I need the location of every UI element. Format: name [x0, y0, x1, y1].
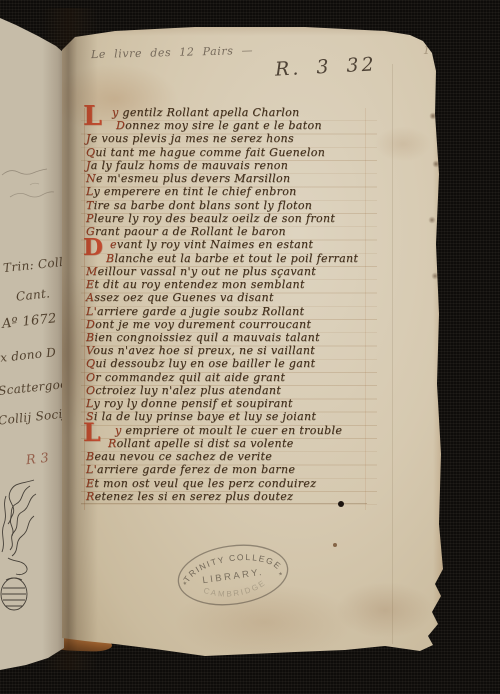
- manuscript-page: Le livre des 12 Pairs — R. 3 32 1 L D L …: [55, 24, 447, 676]
- poem-line: Ja ly faulz homs de mauvais renon: [86, 159, 406, 172]
- poem-line: Or commandez quil ait aide grant: [86, 371, 406, 384]
- rubricated-initial: L: [83, 420, 101, 445]
- poem-line: Octroiez luy n'alez plus atendant: [86, 384, 406, 397]
- poem-line: Et mon ost veul que les perz conduirez: [86, 477, 406, 490]
- poem-line: Donnez moy sire le gant e le baton: [116, 119, 406, 132]
- shelfmark-annotation: R. 3 32: [274, 53, 377, 80]
- poem-line: Bien congnoissiez quil a mauvais talant: [86, 331, 406, 344]
- bookplate-engraving: [0, 476, 38, 618]
- poem-line: evant ly roy vint Naimes en estant: [110, 238, 406, 251]
- poem-line: y empriere ot moult le cuer en trouble: [115, 424, 406, 437]
- ownership-inscription: Collij Socij: [0, 406, 67, 427]
- poem-line: Et dit au roy entendez mon semblant: [86, 278, 406, 291]
- ink-speck: [333, 543, 337, 547]
- poem-line: Meillour vassal n'y out ne plus sçavant: [86, 265, 406, 278]
- extended-rule: [81, 503, 367, 504]
- poem-line: Si la de luy prinse baye et luy se joian…: [86, 410, 406, 423]
- margin-rule-left: [84, 108, 85, 510]
- ownership-inscription: Trin: Coll: [2, 255, 63, 275]
- poem-line: Grant paour a de Rollant le baron: [86, 225, 406, 238]
- poem-line: Tire sa barbe dont blans sont ly floton: [86, 199, 406, 212]
- poem-line: Vous n'avez hoe si preux, ne si vaillant: [86, 344, 406, 357]
- poem-line: Qui dessoubz luy en ose bailler le gant: [86, 357, 406, 370]
- flyleaf-page: Trin: Coll Cant. Aº 1672 x dono D Scatte…: [0, 8, 72, 674]
- poem-line: L'arriere garde a jugie soubz Rollant: [86, 305, 406, 318]
- library-stamp: TRINITY COLLEGE LIBRARY. CAMBRIDGE ★ ★: [170, 534, 296, 616]
- poem-line: Je vous plevis ja mes ne serez hons: [86, 132, 406, 145]
- poem-line: Ly roy ly donne pensif et soupirant: [86, 397, 406, 410]
- poem-line: L'arriere garde ferez de mon barne: [86, 463, 406, 476]
- ownership-inscription: x dono D: [0, 345, 57, 365]
- poem-line: Blanche eut la barbe et tout le poil fer…: [106, 252, 406, 265]
- poem-line: Dont je me voy durement courroucant: [86, 318, 406, 331]
- poem-line: Beau nevou ce sachez de verite: [86, 450, 406, 463]
- poem-line: Ly emperere en tint le chief enbron: [86, 185, 406, 198]
- flyleaf-shelfmark-note: R 3: [25, 451, 50, 468]
- poem-line: Rollant apelle si dist sa volente: [108, 437, 406, 450]
- manuscript-photo: Trin: Coll Cant. Aº 1672 x dono D Scatte…: [0, 0, 500, 694]
- poem-line: Retenez les si en serez plus doutez: [86, 490, 406, 503]
- stamp-star-right: ★: [278, 571, 284, 578]
- poem-line: Assez oez que Guenes va disant: [86, 291, 406, 304]
- poem-line: Pleure ly roy des beaulz oeilz de son fr…: [86, 212, 406, 225]
- title-annotation: Le livre des 12 Pairs —: [91, 44, 253, 61]
- faint-scribble: [0, 163, 70, 213]
- poem-line: Ne m'esmeu plus devers Marsillon: [86, 172, 406, 185]
- rubricated-initial: L: [83, 103, 102, 130]
- poem-text-block: L D L y gentilz Rollant apella Charlon D…: [86, 106, 406, 503]
- poem-line: Qui tant me hague comme fait Guenelon: [86, 146, 406, 159]
- ownership-inscription: Cant.: [15, 286, 50, 303]
- poem-line: y gentilz Rollant apella Charlon: [112, 106, 406, 119]
- rubricated-initial: D: [83, 236, 103, 259]
- ownership-inscription: Aº 1672: [1, 311, 57, 332]
- folio-number: 1: [423, 44, 430, 57]
